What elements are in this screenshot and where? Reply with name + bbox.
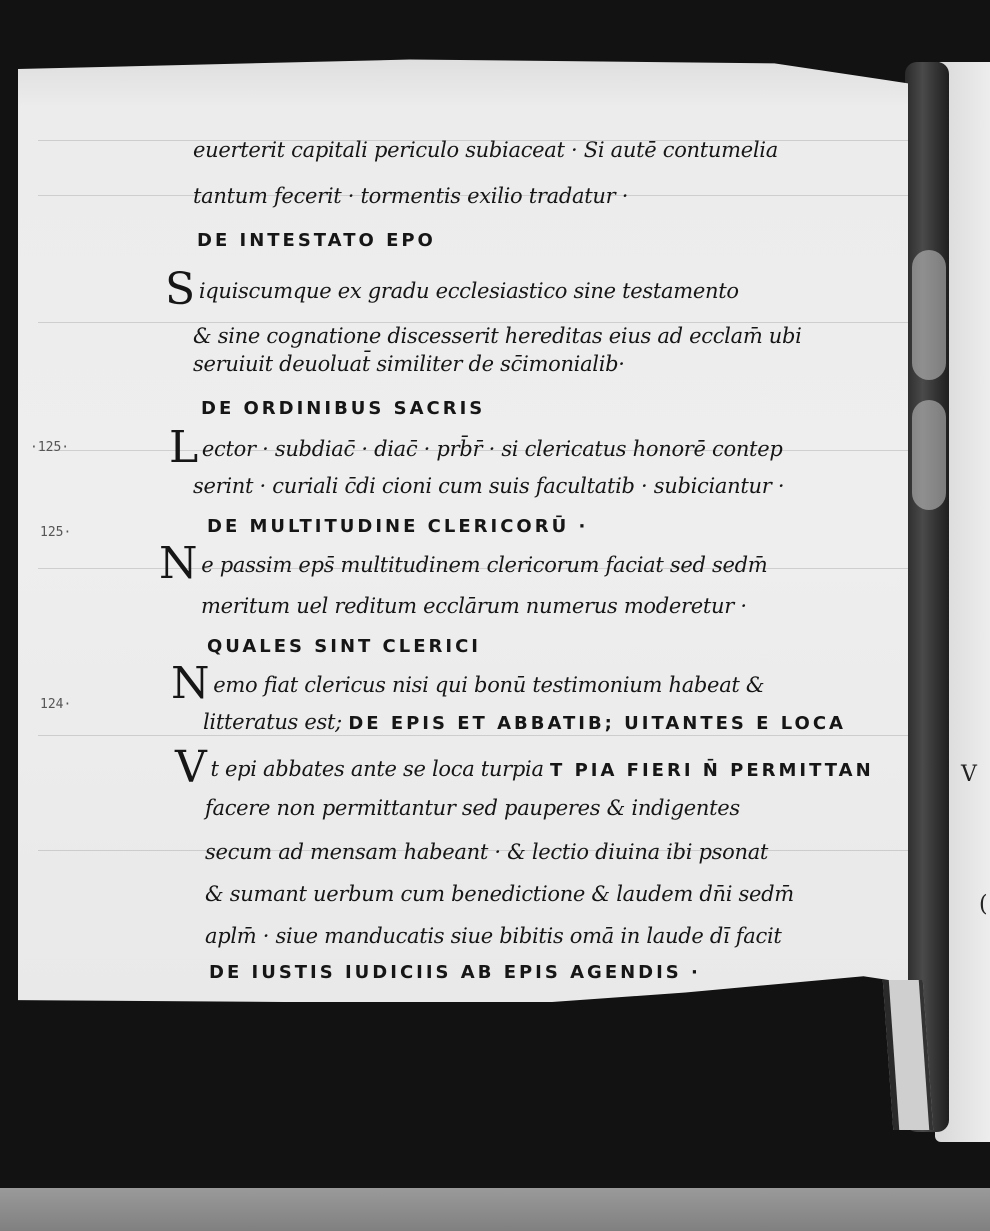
initial-capital: L	[169, 422, 198, 473]
rubric-inline: t pia fieri n̄ permittan	[550, 760, 874, 781]
adjacent-page-letter: V	[961, 762, 977, 787]
text-line: litteratus est; De epis et abbatib; uita…	[203, 710, 846, 734]
margin-note-folio: 124·	[40, 697, 71, 712]
rubric-heading: De ordinibus sacris	[201, 398, 485, 419]
text-line: secum ad mensam habeant · & lectio diuin…	[205, 840, 768, 864]
binding-gutter	[905, 62, 949, 1132]
initial-capital: N	[171, 658, 209, 709]
gutter-highlight	[912, 400, 946, 510]
gutter-highlight	[912, 250, 946, 380]
text-line: Nemo fiat clericus nisi qui bonū testimo…	[171, 662, 764, 706]
rubric-heading: De multitudine clericorū ·	[207, 516, 588, 537]
rubric-heading: De intestato epo	[197, 230, 436, 251]
text-line: facere non permittantur sed pauperes & i…	[205, 796, 740, 820]
initial-capital: V	[175, 742, 206, 793]
initial-capital: N	[159, 538, 197, 589]
initial-capital: S	[165, 264, 195, 315]
scan-bottom-band	[0, 1188, 990, 1231]
text-line: & sumant uerbum cum benedictione & laude…	[205, 882, 794, 906]
adjacent-page-letter: (	[979, 892, 988, 917]
text-line: & sine cognatione discesserit hereditas …	[193, 324, 802, 348]
ruling-line	[38, 322, 908, 323]
margin-note-folio: ·125·	[30, 440, 69, 455]
text-line: tantum fecerit · tormentis exilio tradat…	[193, 184, 628, 208]
ruling-line	[38, 735, 908, 736]
rubric-heading: Quales sint clerici	[207, 636, 481, 657]
text-line: seruiuit deuoluat̄ similiter de sc̄imoni…	[193, 352, 625, 376]
margin-note-folio: 125·	[40, 525, 71, 540]
text-line: Vt epi abbates ante se loca turpia t pia…	[175, 746, 874, 790]
text-line: Ne passim eps̄ multitudinem clericorum f…	[159, 542, 767, 586]
text-line: euerterit capitali periculo subiaceat · …	[193, 138, 778, 162]
text-line: meritum uel reditum ecclārum numerus mod…	[201, 594, 747, 618]
text-line: Lector · subdiac̄ · diac̄ · prb̄r̄ · si …	[169, 426, 782, 470]
manuscript-photograph: V ( ·125· 125· 124· euerterit capitali p…	[0, 0, 990, 1231]
text-line: serint · curiali c̄di cioni cum suis fac…	[193, 474, 784, 498]
text-line: Siquiscumque ex gradu ecclesiastico sine…	[165, 268, 739, 312]
text-line: aplm̄ · siue manducatis siue bibitis omā…	[205, 924, 782, 948]
rubric-heading: De iustis iudiciis ab epis agendis ·	[209, 962, 701, 983]
rubric-inline: De epis et abbatib; uitantes e loca	[348, 713, 846, 734]
